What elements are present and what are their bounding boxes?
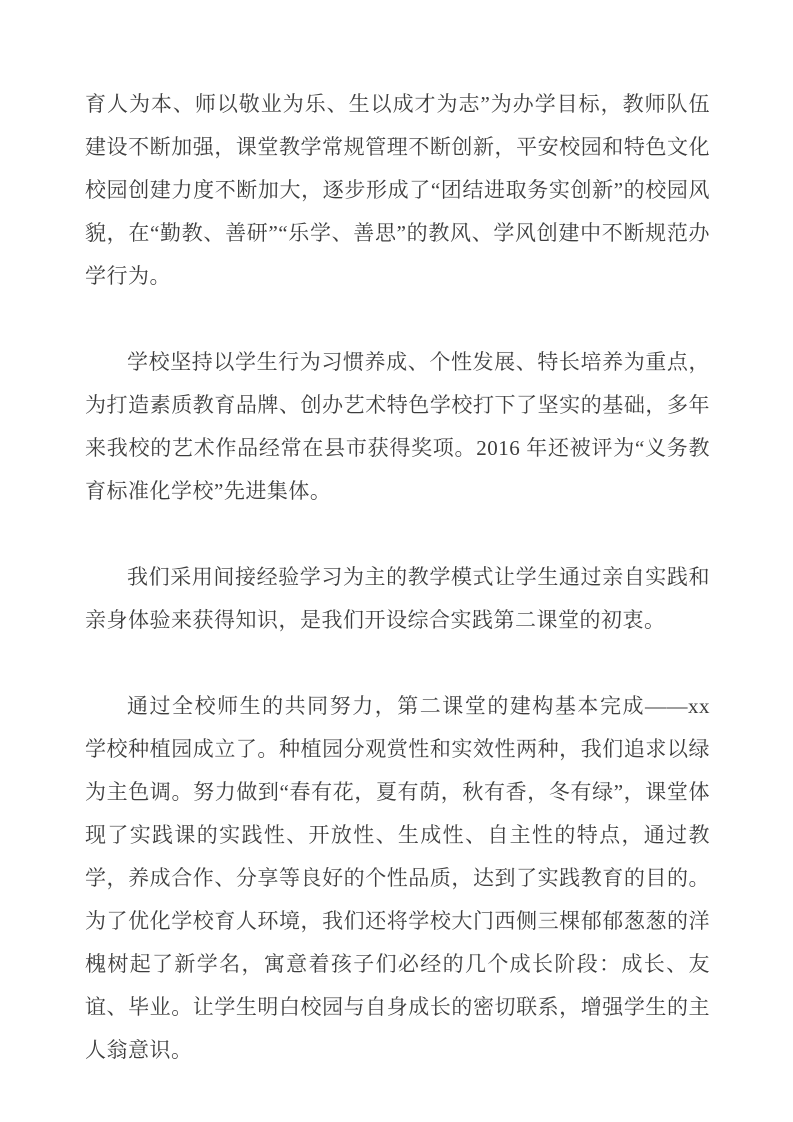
paragraph: 通过全校师生的共同努力，第二课堂的建构基本完成——xx 学校种植园成立了。种植园… [85,685,710,1072]
document-page: 育人为本、师以敬业为乐、生以成才为志”为办学目标，教师队伍建设不断加强，课堂教学… [0,0,793,1122]
paragraph: 育人为本、师以敬业为乐、生以成才为志”为办学目标，教师队伍建设不断加强，课堂教学… [85,83,710,298]
paragraph: 我们采用间接经验学习为主的教学模式让学生通过亲自实践和亲身体验来获得知识，是我们… [85,556,710,642]
document-body: 育人为本、师以敬业为乐、生以成才为志”为办学目标，教师队伍建设不断加强，课堂教学… [85,83,710,1072]
paragraph: 学校坚持以学生行为习惯养成、个性发展、特长培养为重点，为打造素质教育品牌、创办艺… [85,341,710,513]
